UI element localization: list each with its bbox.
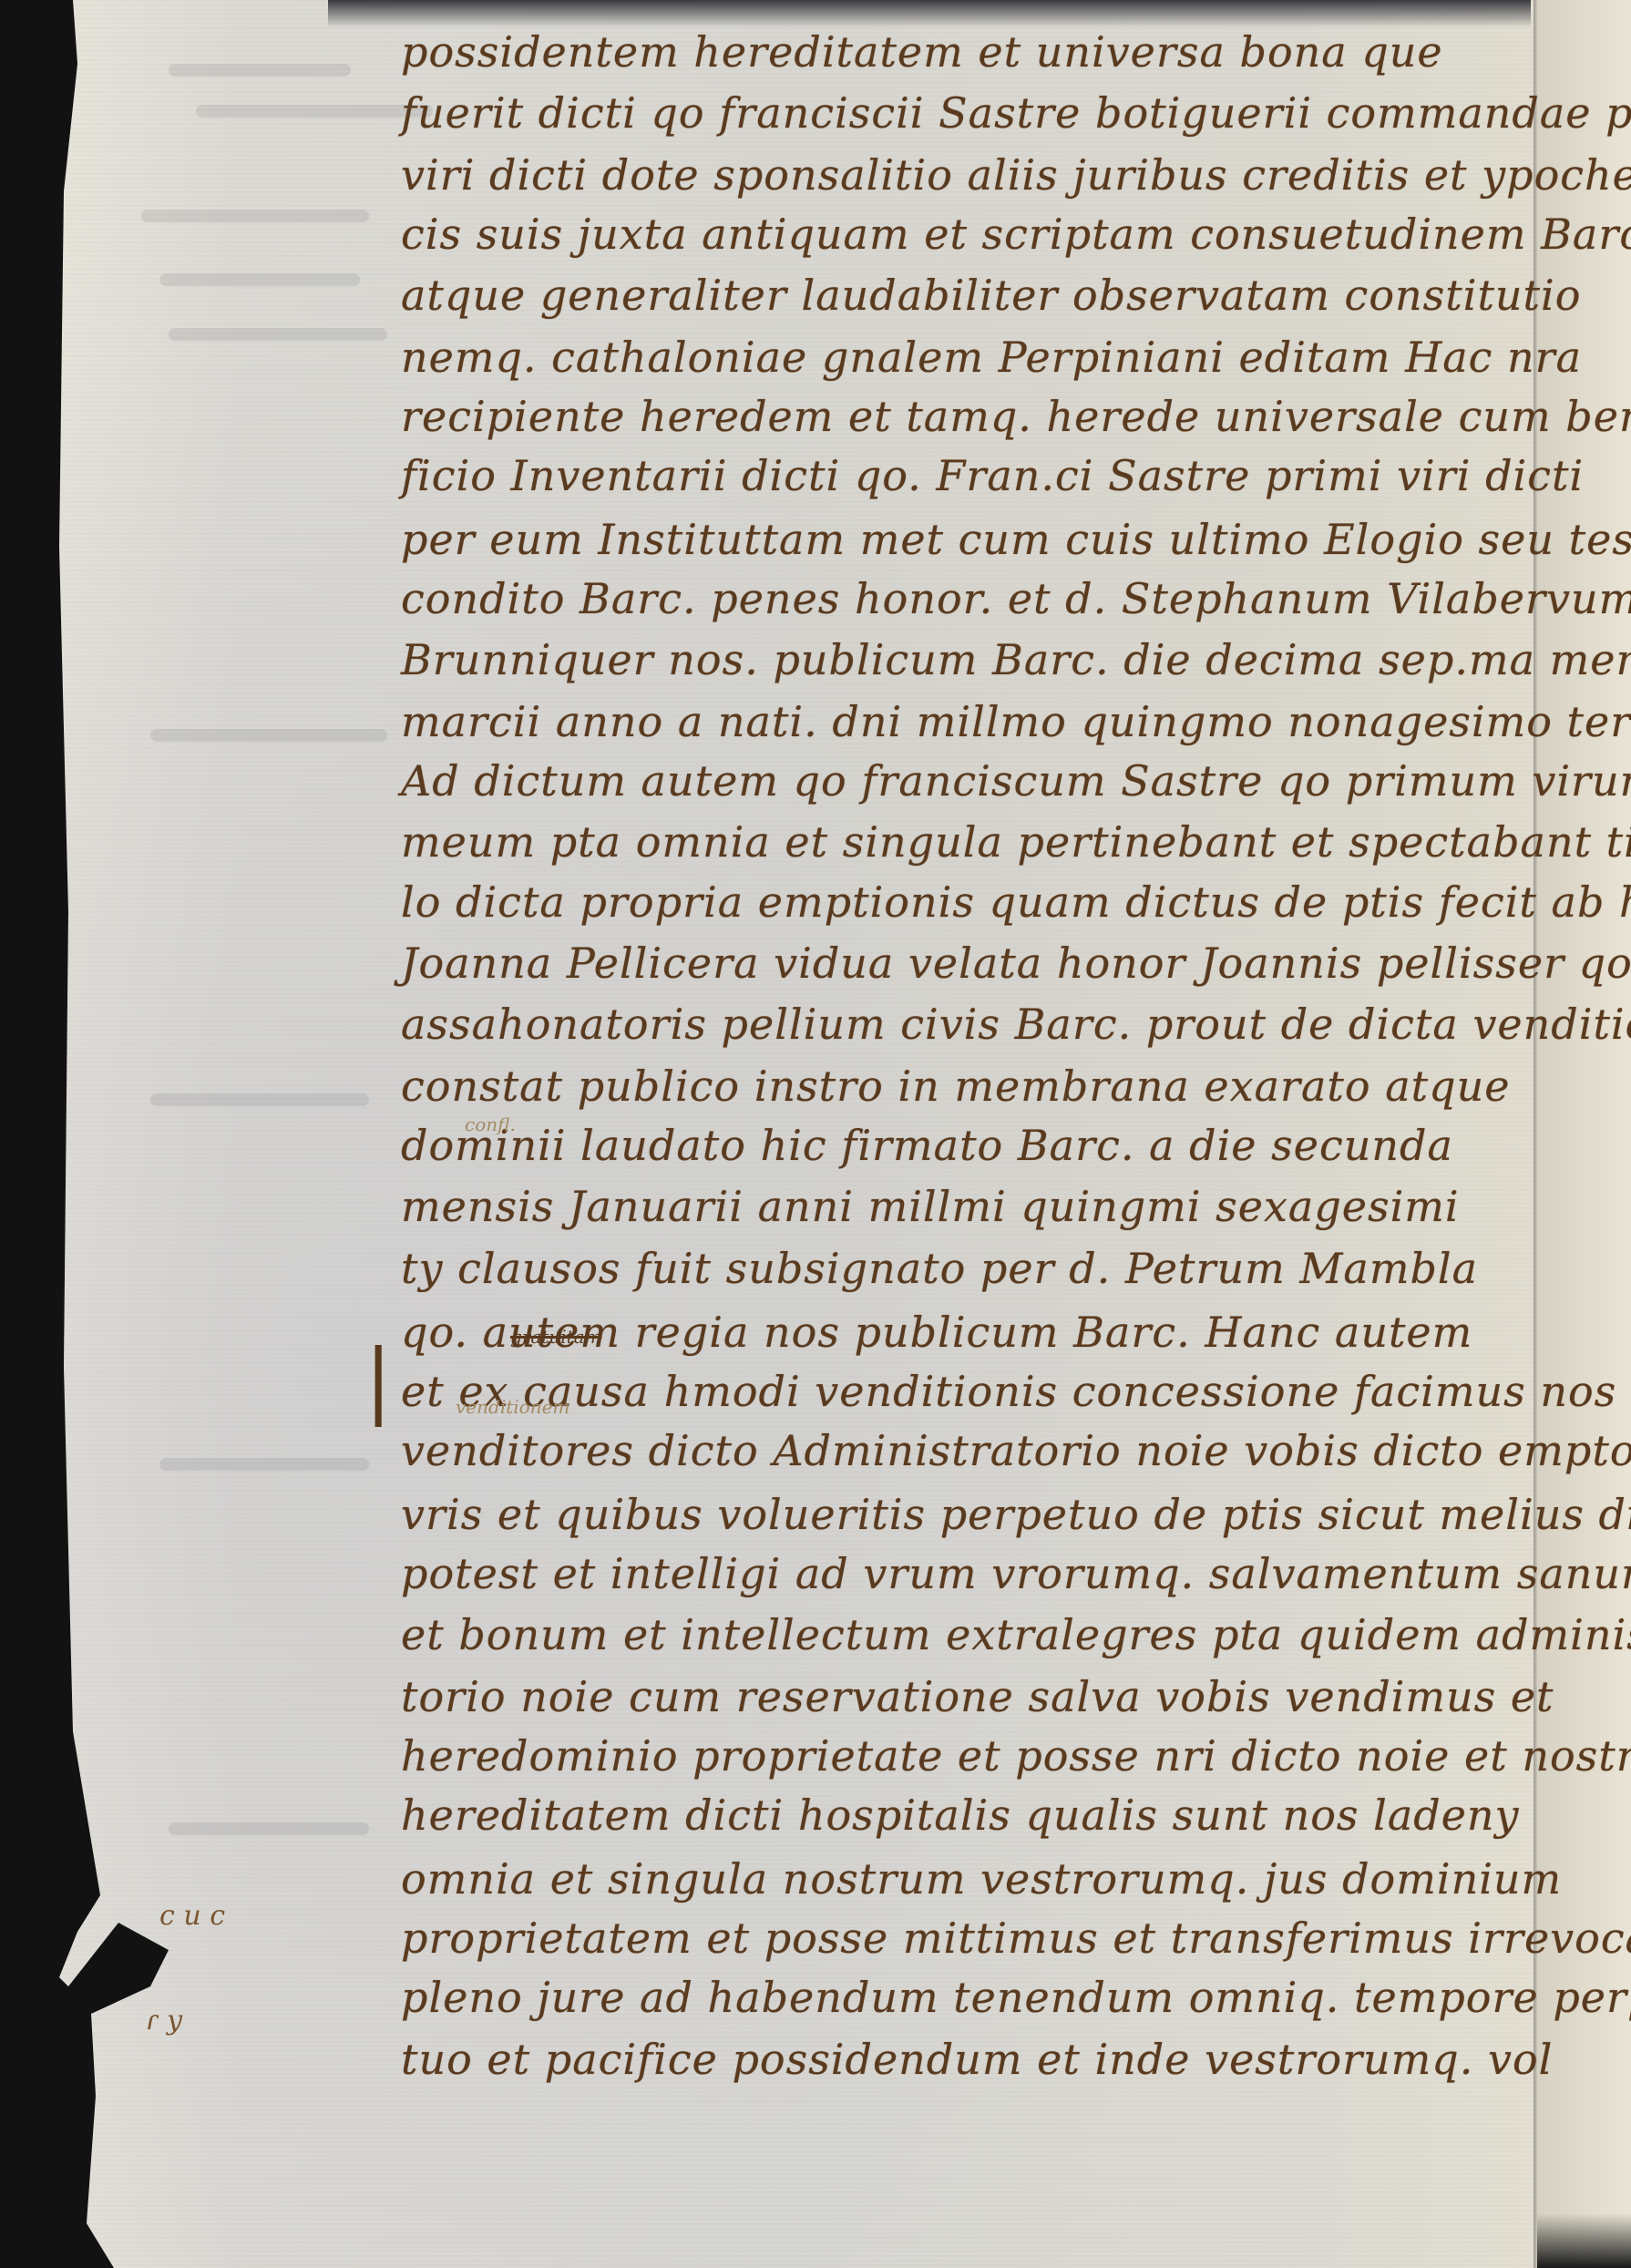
text-line: tuo et pacifice possidendum et inde vest… <box>401 2035 1553 2084</box>
text-line: ty clausos fuit subsignato per d. Petrum… <box>401 1244 1478 1293</box>
bleed-through-text <box>196 105 433 118</box>
bleed-through-text <box>159 273 360 286</box>
text-line: omnia et singula nostrum vestrorumq. jus… <box>401 1854 1562 1904</box>
bleed-through-text <box>169 328 387 341</box>
marginal-ink-fragment: ɾ y <box>146 2005 182 2037</box>
text-line: Brunniquer nos. publicum Barc. die decim… <box>401 635 1631 684</box>
text-line: assahonatoris pellium civis Barc. prout … <box>401 1000 1631 1049</box>
text-line: atque generaliter laudabiliter observata… <box>401 271 1581 320</box>
text-line: heredominio proprietate et posse nri dic… <box>401 1731 1631 1781</box>
bleed-through-text <box>141 210 369 222</box>
text-line: torio noie cum reservatione salva vobis … <box>401 1672 1554 1721</box>
text-line: cis suis juxta antiquam et scriptam cons… <box>401 210 1631 259</box>
text-line: condito Barc. penes honor. et d. Stephan… <box>401 574 1631 623</box>
text-line: meum pta omnia et singula pertinebant et… <box>401 817 1631 867</box>
interlinear-note: venditionem <box>456 1396 569 1418</box>
bleed-through-text <box>169 64 351 77</box>
text-line: proprietatem et posse mittimus et transf… <box>401 1914 1631 1963</box>
text-line: viri dicti dote sponsalitio aliis juribu… <box>401 150 1631 200</box>
bleed-through-text <box>150 1093 369 1106</box>
marginal-ink-fragment: c u c <box>159 1900 225 1932</box>
bleed-through-text <box>169 1822 369 1835</box>
text-line: lo dicta propria emptionis quam dictus d… <box>401 877 1631 927</box>
text-line: constat publico instro in membrana exara… <box>401 1062 1510 1111</box>
text-line: per eum Instituttam met cum cuis ultimo … <box>401 515 1631 564</box>
text-line: nemq. cathaloniae gnalem Perpiniani edit… <box>401 333 1582 382</box>
bleed-through-text <box>150 729 387 742</box>
text-line: ficio Inventarii dicti qo. Fran.ci Sastr… <box>401 451 1584 500</box>
manuscript-scan: possidentem hereditatem et universa bona… <box>0 0 1631 2268</box>
text-line: marcii anno a nati. dni millmo quingmo n… <box>401 697 1631 746</box>
text-line: dominii laudato hic firmato Barc. a die … <box>401 1121 1453 1170</box>
text-line: venditores dicto Administratorio noie vo… <box>401 1426 1631 1475</box>
text-line: pleno jure ad habendum tenendum omniq. t… <box>401 1973 1631 2022</box>
text-line: mensis Januarii anni millmi quingmi sexa… <box>401 1182 1460 1231</box>
text-line: vris et quibus volueritis perpetuo de pt… <box>401 1490 1631 1539</box>
struck-interlinear-note: gratuitam <box>510 1326 602 1348</box>
text-line: et bonum et intellectum extralegres pta … <box>401 1610 1631 1659</box>
text-line: Joanna Pellicera vidua velata honor Joan… <box>401 939 1631 988</box>
interlinear-note: confl. <box>465 1113 516 1135</box>
margin-mark: | <box>364 1339 392 1421</box>
text-line: hereditatem dicti hospitalis qualis sunt… <box>401 1791 1520 1840</box>
text-line: possidentem hereditatem et universa bona… <box>401 27 1443 77</box>
text-line: Ad dictum autem qo franciscum Sastre qo … <box>401 756 1631 806</box>
text-line: recipiente heredem et tamq. herede unive… <box>401 392 1631 441</box>
text-line: et ex causa hmodi venditionis concession… <box>401 1367 1631 1416</box>
bleed-through-text <box>159 1458 369 1471</box>
handwritten-text-block: possidentem hereditatem et universa bona… <box>401 0 1540 2268</box>
text-line: potest et intelligi ad vrum vrorumq. sal… <box>401 1549 1631 1598</box>
text-line: fuerit dicti qo franciscii Sastre botigu… <box>401 88 1631 138</box>
